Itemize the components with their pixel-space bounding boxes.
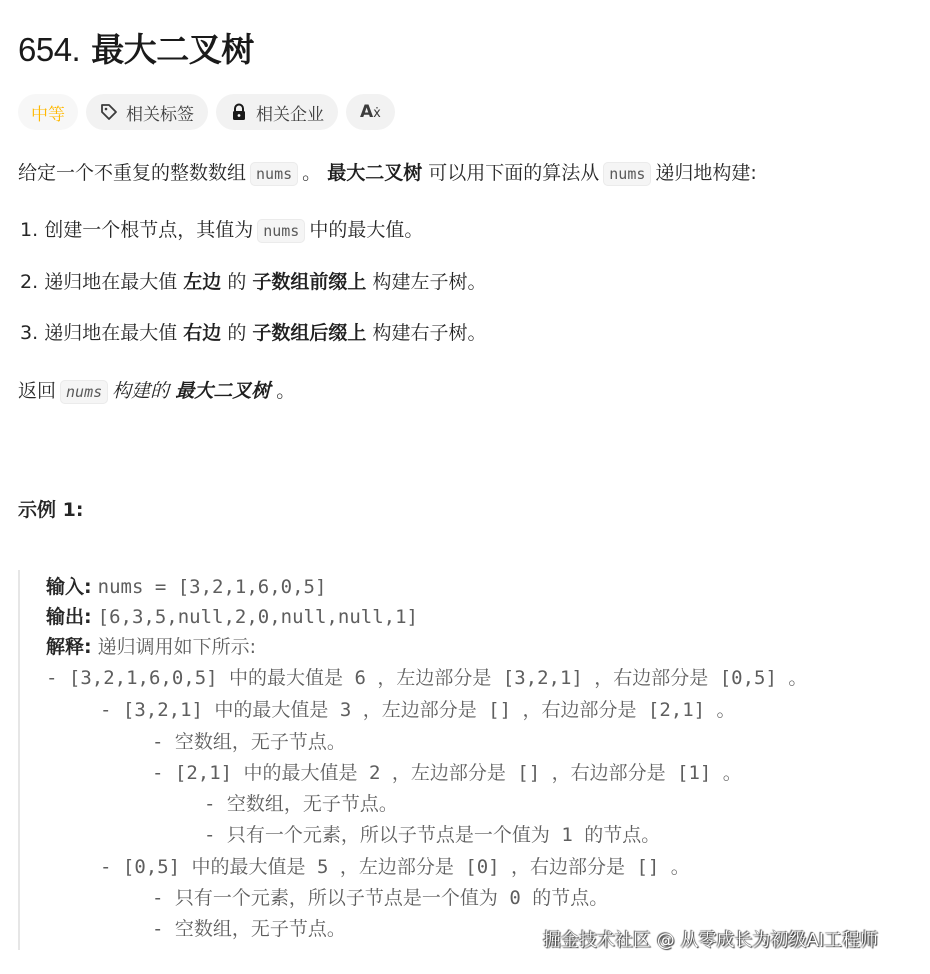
output-label: 输出: [46,606,92,628]
recursion-line: - [2,1] 中的最大值是 2 ，左边部分是 [] ，右边部分是 [1] 。 [152,758,742,788]
step-text: 的 [227,322,246,344]
bold-term: 子数组后缀上 [252,322,366,344]
step-text: 中的最大值。 [309,219,423,241]
step-text: 的 [227,271,246,293]
bold-term: 左边 [183,271,221,293]
step-number: 2. [20,271,38,293]
intro-text: 。 [302,162,321,184]
recursion-line: - 空数组，无子节点。 [152,914,346,944]
recursion-line: - [3,2,1,6,0,5] 中的最大值是 6 ，左边部分是 [3,2,1] … [46,663,807,693]
related-tags-label: 相关标签 [126,100,194,125]
input-label: 输入: [46,576,92,598]
recursion-line: - 只有一个元素，所以子节点是一个值为 1 的节点。 [204,820,660,850]
badge-row: 中等 相关标签 相关企业 Aẋ [18,94,395,130]
step-3: 3. 递归地在最大值 右边 的 子数组后缀上 构建右子树。 [20,319,486,347]
inline-code-nums: nums [603,162,651,186]
recursion-line: - [0,5] 中的最大值是 5 ，左边部分是 [0] ，右边部分是 [] 。 [100,852,690,882]
intro-text: 递归地构建: [655,162,756,184]
lock-icon [230,103,248,121]
description-intro: 给定一个不重复的整数数组nums。 最大二叉树 可以用下面的算法从nums递归地… [18,159,757,188]
explanation-label: 解释: [46,636,92,658]
translate-icon: Aẋ [360,102,381,122]
bold-term: 最大二叉树 [327,162,422,184]
example-1-block: 输入: nums = [3,2,1,6,0,5] 输出: [6,3,5,null… [18,570,908,950]
output-value: [6,3,5,null,2,0,null,null,1] [98,606,418,628]
step-2: 2. 递归地在最大值 左边 的 子数组前缀上 构建左子树。 [20,268,486,296]
intro-text: 给定一个不重复的整数数组 [18,162,246,184]
step-text: 创建一个根节点，其值为 [44,219,253,241]
related-companies-label: 相关企业 [256,100,324,125]
related-companies-button[interactable]: 相关企业 [216,94,338,130]
recursion-line: - 空数组，无子节点。 [152,727,346,757]
problem-title: 654. 最大二叉树 [18,24,254,71]
recursion-line: - 只有一个元素，所以子节点是一个值为 0 的节点。 [152,883,608,913]
recursion-line: - 空数组，无子节点。 [204,789,398,819]
difficulty-badge: 中等 [18,94,78,130]
tag-icon [100,103,118,121]
inline-code-nums: nums [60,380,108,404]
step-1: 1. 创建一个根节点，其值为nums中的最大值。 [20,216,423,245]
return-text: 构建的 [112,380,169,402]
return-text: 返回 [18,380,56,402]
translate-button[interactable]: Aẋ [346,94,395,130]
input-value: nums = [3,2,1,6,0,5] [98,576,327,598]
example-explanation: 解释: 递归调用如下所示: [46,632,256,662]
intro-text: 可以用下面的算法从 [428,162,599,184]
return-text: 。 [276,380,295,402]
step-number: 3. [20,322,38,344]
step-text: 递归地在最大值 [44,271,177,293]
problem-name: 最大二叉树 [91,30,254,69]
explanation-value: 递归调用如下所示: [98,636,256,658]
example-1-title: 示例 1: [18,495,83,522]
example-output: 输出: [6,3,5,null,2,0,null,null,1] [46,602,418,632]
bold-term: 子数组前缀上 [252,271,366,293]
bold-term: 右边 [183,322,221,344]
step-number: 1. [20,219,38,241]
inline-code-nums: nums [257,219,305,243]
return-statement: 返回nums构建的 最大二叉树 。 [18,377,295,406]
bold-term: 最大二叉树 [175,380,270,402]
step-text: 递归地在最大值 [44,322,177,344]
inline-code-nums: nums [250,162,298,186]
recursion-line: - [3,2,1] 中的最大值是 3 ，左边部分是 [] ，右边部分是 [2,1… [100,695,736,725]
related-tags-button[interactable]: 相关标签 [86,94,208,130]
example-input: 输入: nums = [3,2,1,6,0,5] [46,572,326,602]
problem-number: 654. [18,31,80,68]
step-text: 构建左子树。 [372,271,486,293]
watermark: 掘金技术社区 @ 从零成长为初级AI工程师 [543,926,878,952]
step-text: 构建右子树。 [372,322,486,344]
difficulty-label: 中等 [31,100,65,125]
